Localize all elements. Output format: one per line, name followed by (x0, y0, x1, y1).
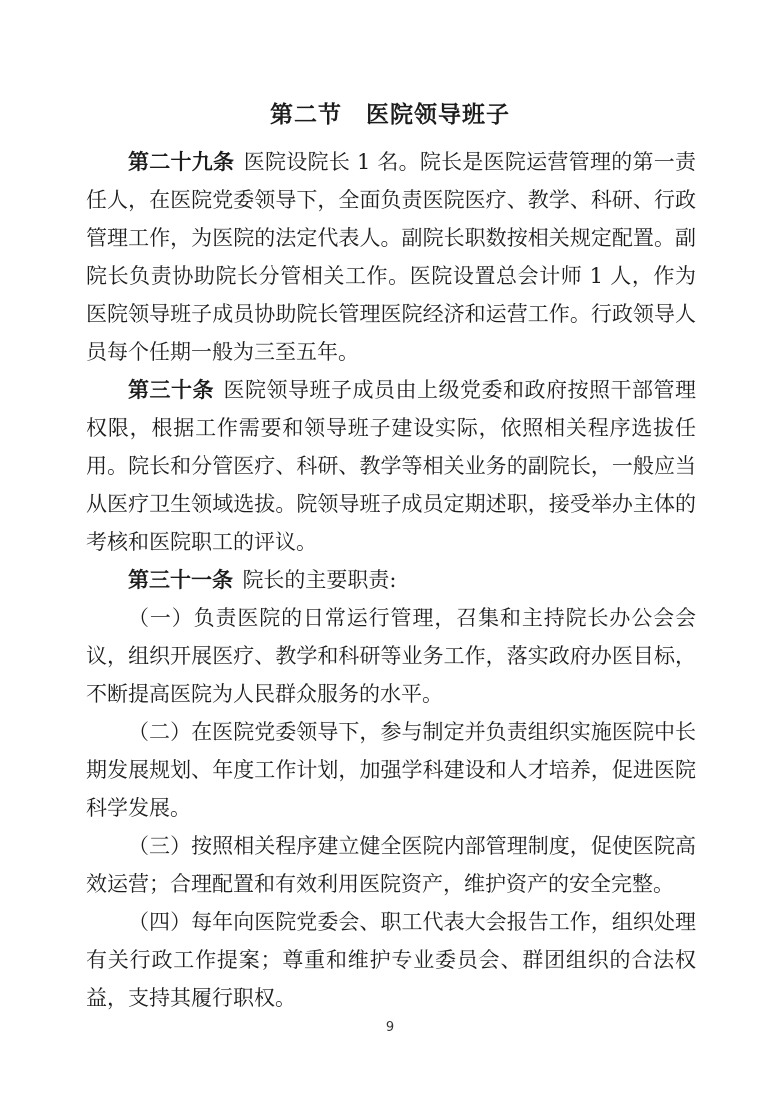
paragraph-text: 医院领导班子成员由上级党委和政府按照干部管理权限，根据工作需要和领导班子建设实际… (86, 378, 696, 554)
article-number: 第三十一条 (128, 567, 233, 592)
paragraph-item-4: （四）每年向医院党委会、职工代表大会报告工作，组织处理有关行政工作提案；尊重和维… (86, 903, 696, 1017)
document-page: 第二节 医院领导班子 第二十九条医院设院长 1 名。院长是医院运营管理的第一责任… (0, 0, 780, 1103)
document-body: 第二十九条医院设院长 1 名。院长是医院运营管理的第一责任人，在医院党委领导下，… (86, 143, 696, 1017)
paragraph-text: （三）按照相关程序建立健全医院内部管理制度，促使医院高效运营；合理配置和有效利用… (86, 834, 696, 896)
paragraph-article-29: 第二十九条医院设院长 1 名。院长是医院运营管理的第一责任人，在医院党委领导下，… (86, 143, 696, 371)
page-number: 9 (0, 1020, 780, 1035)
paragraph-text: （一）负责医院的日常运行管理，召集和主持院长办公会会议，组织开展医疗、教学和科研… (86, 606, 696, 706)
section-title: 第二节 医院领导班子 (0, 96, 780, 134)
paragraph-item-2: （二）在医院党委领导下，参与制定并负责组织实施医院中长期发展规划、年度工作计划，… (86, 713, 696, 827)
paragraph-text: （四）每年向医院党委会、职工代表大会报告工作，组织处理有关行政工作提案；尊重和维… (86, 910, 696, 1010)
paragraph-text: 医院设院长 1 名。院长是医院运营管理的第一责任人，在医院党委领导下，全面负责医… (86, 150, 696, 364)
paragraph-article-30: 第三十条医院领导班子成员由上级党委和政府按照干部管理权限，根据工作需要和领导班子… (86, 371, 696, 561)
paragraph-text: （二）在医院党委领导下，参与制定并负责组织实施医院中长期发展规划、年度工作计划，… (86, 720, 696, 820)
paragraph-item-3: （三）按照相关程序建立健全医院内部管理制度，促使医院高效运营；合理配置和有效利用… (86, 827, 696, 903)
paragraph-article-31: 第三十一条院长的主要职责: (86, 561, 696, 599)
article-number: 第三十条 (128, 377, 214, 402)
article-number: 第二十九条 (128, 149, 234, 174)
paragraph-item-1: （一）负责医院的日常运行管理，召集和主持院长办公会会议，组织开展医疗、教学和科研… (86, 599, 696, 713)
paragraph-text: 院长的主要职责: (242, 568, 396, 592)
